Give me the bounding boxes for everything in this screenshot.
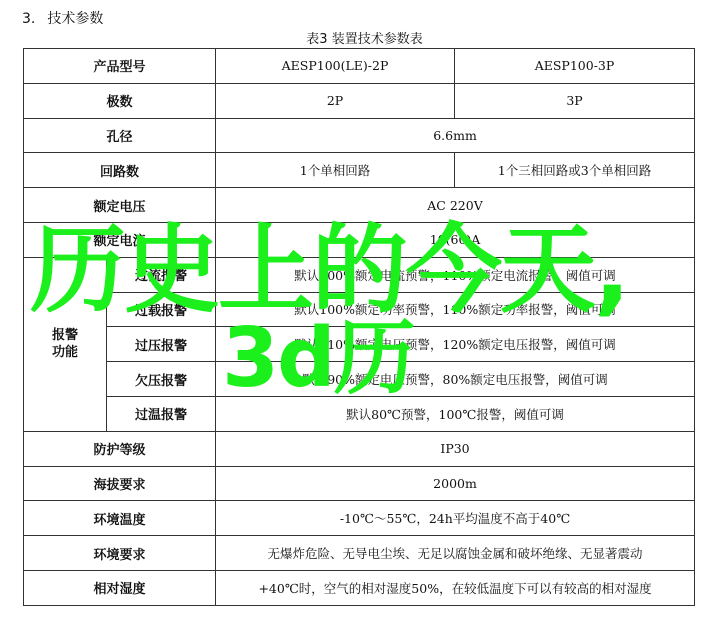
table-row-aperture: 孔径 6.6mm xyxy=(24,118,695,153)
table-row-voltage: 额定电压 AC 220V xyxy=(24,188,695,223)
row-label: 海拔要求 xyxy=(24,466,216,501)
row-label: 孔径 xyxy=(24,118,216,153)
table-row-circuits: 回路数 1个单相回路 1个三相回路或3个单相回路 xyxy=(24,153,695,188)
table-row-humidity: 相对湿度 +40℃时，空气的相对湿度50%，在较低温度下可以有较高的相对湿度 xyxy=(24,570,695,605)
spec-table: 产品型号 AESP100(LE)-2P AESP100-3P 极数 2P 3P … xyxy=(23,48,695,606)
row-label: 极数 xyxy=(24,83,216,118)
alarm-label: 欠压报警 xyxy=(107,362,216,397)
alarm-value: 默认80℃预警，100℃报警，阈值可调 xyxy=(216,396,695,431)
alarm-group-label: 报警 功能 xyxy=(24,257,107,431)
table-row-alarm: 欠压报警 默认90%额定电压预警，80%额定电压报警，阈值可调 xyxy=(24,362,695,397)
alarm-label: 过流报警 xyxy=(107,257,216,292)
cell-value: 3P xyxy=(455,83,695,118)
cell-value: 2P xyxy=(216,83,455,118)
table-row-alarm: 报警 功能 过流报警 默认100%额定电流预警，110%额定电流报警，阈值可调 xyxy=(24,257,695,292)
table-row-temperature: 环境温度 -10℃～55℃，24h平均温度不高于40℃ xyxy=(24,501,695,536)
table-row-alarm: 过载报警 默认100%额定功率预警，110%额定功率报警，阈值可调 xyxy=(24,292,695,327)
alarm-value: 默认110%额定电压预警，120%额定电压报警，阈值可调 xyxy=(216,327,695,362)
cell-value: AESP100-3P xyxy=(455,49,695,84)
cell-value: AC 220V xyxy=(216,188,695,223)
section-heading: 3.技术参数 xyxy=(22,8,103,28)
cell-value: 1个三相回路或3个单相回路 xyxy=(455,153,695,188)
cell-value: +40℃时，空气的相对湿度50%，在较低温度下可以有较高的相对湿度 xyxy=(216,570,695,605)
table-row-model: 产品型号 AESP100(LE)-2P AESP100-3P xyxy=(24,49,695,84)
cell-value: 无爆炸危险、无导电尘埃、无足以腐蚀金属和破坏绝缘、无显著震动 xyxy=(216,536,695,571)
section-title: 技术参数 xyxy=(47,11,103,27)
table-row-environment: 环境要求 无爆炸危险、无导电尘埃、无足以腐蚀金属和破坏绝缘、无显著震动 xyxy=(24,536,695,571)
cell-value: -10℃～55℃，24h平均温度不高于40℃ xyxy=(216,501,695,536)
table-caption: 表3 装置技术参数表 xyxy=(0,28,721,47)
row-label: 额定电压 xyxy=(24,188,216,223)
cell-value: 10(60)A xyxy=(216,222,695,257)
alarm-label: 过载报警 xyxy=(107,292,216,327)
section-number: 3. xyxy=(22,11,35,27)
row-label: 相对湿度 xyxy=(24,570,216,605)
table-row-alarm: 过温报警 默认80℃预警，100℃报警，阈值可调 xyxy=(24,396,695,431)
row-label: 回路数 xyxy=(24,153,216,188)
cell-value: IP30 xyxy=(216,431,695,466)
table-row-protection: 防护等级 IP30 xyxy=(24,431,695,466)
alarm-group-label-line: 功能 xyxy=(24,344,106,361)
table-row-current: 额定电流 10(60)A xyxy=(24,222,695,257)
alarm-group-label-line: 报警 xyxy=(24,327,106,344)
cell-value: AESP100(LE)-2P xyxy=(216,49,455,84)
row-label: 额定电流 xyxy=(24,222,216,257)
cell-value: 1个单相回路 xyxy=(216,153,455,188)
table-row-poles: 极数 2P 3P xyxy=(24,83,695,118)
alarm-value: 默认90%额定电压预警，80%额定电压报警，阈值可调 xyxy=(216,362,695,397)
cell-value: 2000m xyxy=(216,466,695,501)
alarm-label: 过温报警 xyxy=(107,396,216,431)
alarm-value: 默认100%额定功率预警，110%额定功率报警，阈值可调 xyxy=(216,292,695,327)
alarm-label: 过压报警 xyxy=(107,327,216,362)
row-label: 环境温度 xyxy=(24,501,216,536)
table-row-altitude: 海拔要求 2000m xyxy=(24,466,695,501)
cell-value: 6.6mm xyxy=(216,118,695,153)
row-label: 环境要求 xyxy=(24,536,216,571)
row-label: 产品型号 xyxy=(24,49,216,84)
row-label: 防护等级 xyxy=(24,431,216,466)
table-row-alarm: 过压报警 默认110%额定电压预警，120%额定电压报警，阈值可调 xyxy=(24,327,695,362)
alarm-value: 默认100%额定电流预警，110%额定电流报警，阈值可调 xyxy=(216,257,695,292)
